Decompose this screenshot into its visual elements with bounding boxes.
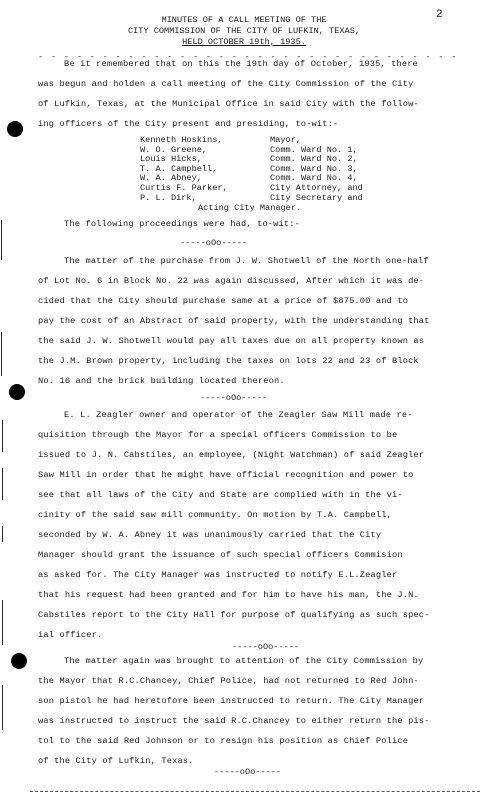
margin-mark [1,220,2,260]
bottom-edge-rule [30,791,480,793]
paragraph-3-line: was instructed to instruct the said R.C.… [38,716,430,726]
paragraph-3-line: of the City of Lufkin, Texas. [38,756,194,766]
roster-row: P. L. Dirk,City Secretary and [140,194,363,204]
paragraph-1-line: the J.M. Brown property, including the t… [38,356,419,366]
header-line-1: MINUTES OF A CALL MEETING OF THE [0,15,488,25]
roster-acting-line: Acting City Manager. [198,203,301,213]
section-divider: -----oOo----- [232,642,299,652]
paragraph-3-line: The matter again was brought to attentio… [64,656,423,666]
officer-title: City Secretary and [270,194,363,204]
intro-line: Be it remembered that on this the 19th d… [64,59,418,69]
punch-hole-top [7,121,23,137]
paragraph-1-line: the said J. W. Shotwell would pay all ta… [38,336,424,346]
paragraph-2-line: cinity of the said saw mill community. O… [38,510,392,520]
header-line-3: HELD OCTOBER 19th, 1935. [0,37,488,47]
margin-mark [2,685,3,730]
officer-roster: Kenneth Hoskins,Mayor, W. O. Greene,Comm… [140,136,363,203]
paragraph-2-line: ial officer. [38,630,102,640]
paragraph-2-line: Saw Mill in order that he might have off… [38,470,413,480]
header-line-2: CITY COMMISSION OF THE CITY OF LUFKIN, T… [0,26,488,36]
section-divider: -----oOo----- [180,238,247,248]
margin-mark [2,468,3,500]
margin-mark [2,600,3,645]
intro-line: ing officers of the City present and pre… [38,119,338,129]
intro-line: of Lufkin, Texas, at the Municipal Offic… [38,99,419,109]
officer-name: P. L. Dirk, [140,194,270,204]
punch-hole-middle [9,384,25,400]
paragraph-1-line: pay the cost of an Abstract of said prop… [38,316,430,326]
paragraph-3-line: the Mayor that R.C.Chancey, Chief Police… [38,676,419,686]
proceedings-intro: The following proceedings were had, to-w… [64,219,300,229]
document-page: 2 MINUTES OF A CALL MEETING OF THE CITY … [0,0,488,800]
section-divider: -----oOo----- [200,393,267,403]
paragraph-2-line: see that all laws of the City and State … [38,490,403,500]
paragraph-2-line: E. L. Zeagler owner and operator of the … [64,410,413,420]
margin-mark [2,526,3,542]
paragraph-2-line: issued to J. N. Cabstiles, an employee, … [38,450,424,460]
paragraph-1-line: No. 16 and the brick building located th… [38,376,285,386]
paragraph-2-line: seconded by W. A. Abney it was unanimous… [38,530,381,540]
paragraph-3-line: son pistol he had heretofore been instru… [38,696,424,706]
paragraph-1-line: cided that the City should purchase same… [38,296,408,306]
paragraph-2-line: Cabstiles report to the City Hall for pu… [38,610,430,620]
margin-mark [1,332,2,376]
paragraph-3-line: tol to the said Red Johnson or to resign… [38,736,408,746]
paragraph-2-line: that his request had been granted and fo… [38,590,419,600]
margin-mark [2,420,3,452]
paragraph-2-line: Manager should grant the issuance of suc… [38,550,403,560]
section-divider: -----oOo----- [214,767,281,777]
punch-hole-bottom [11,653,27,669]
intro-line: was begun and holden a call meeting of t… [38,79,413,89]
paragraph-2-line: quisition through the Mayor for a specia… [38,430,397,440]
paragraph-1-line: The matter of the purchase from J. W. Sh… [64,256,429,266]
paragraph-1-line: of Lot No. 6 in Block No. 22 was again d… [38,276,424,286]
paragraph-2-line: as asked for. The City Manager was instr… [38,570,397,580]
